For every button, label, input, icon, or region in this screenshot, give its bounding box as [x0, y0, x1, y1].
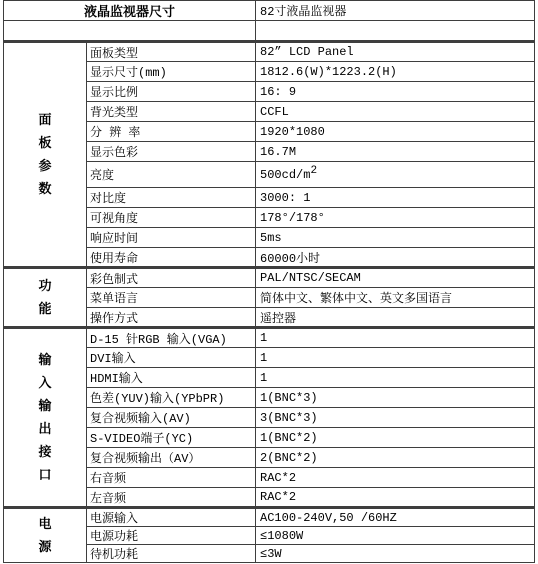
param-name: 右音频 — [87, 468, 256, 488]
table-title: 液晶监视器尺寸 — [4, 1, 256, 21]
param-name: 背光类型 — [87, 102, 256, 122]
brightness-value: 500cd/m — [260, 168, 310, 182]
param-value: ≤1080W — [256, 527, 535, 545]
param-value: AC100-240V,50 /60HZ — [256, 508, 535, 527]
param-value: 3(BNC*3) — [256, 408, 535, 428]
spec-table: 液晶监视器尺寸 82寸液晶监视器 面板参数 面板类型 82” LCD Panel… — [3, 0, 535, 563]
param-name: 使用寿命 — [87, 248, 256, 268]
brightness-value-exponent: 2 — [310, 165, 317, 177]
param-name: 色差(YUV)输入(YPbPR) — [87, 388, 256, 408]
param-name: 面板类型 — [87, 42, 256, 62]
section-label-features-text: 功能 — [38, 275, 53, 321]
param-name: D-15 针RGB 输入(VGA) — [87, 328, 256, 348]
section-label-io: 输入输出接口 — [4, 328, 87, 508]
param-name: 显示比例 — [87, 82, 256, 102]
param-value: 178°/178° — [256, 208, 535, 228]
empty-cell-right — [256, 21, 535, 42]
header-row: 液晶监视器尺寸 82寸液晶监视器 — [4, 1, 535, 21]
param-value: 简体中文、繁体中文、英文多国语言 — [256, 288, 535, 308]
param-name: HDMI输入 — [87, 368, 256, 388]
param-value: 1 — [256, 328, 535, 348]
param-value: 1(BNC*3) — [256, 388, 535, 408]
spec-row: 功能 彩色制式 PAL/NTSC/SECAM — [4, 268, 535, 288]
param-name: 显示色彩 — [87, 142, 256, 162]
param-value: CCFL — [256, 102, 535, 122]
param-value: RAC*2 — [256, 488, 535, 508]
param-name: 亮度 — [87, 162, 256, 188]
param-value: 16: 9 — [256, 82, 535, 102]
empty-cell-left — [4, 21, 256, 42]
section-label-features: 功能 — [4, 268, 87, 328]
param-name: 电源功耗 — [87, 527, 256, 545]
section-label-panel-text: 面板参数 — [38, 109, 53, 201]
param-name: 复合视频输出（AV） — [87, 448, 256, 468]
param-value: 500cd/m2 — [256, 162, 535, 188]
param-value: 1920*1080 — [256, 122, 535, 142]
param-value: RAC*2 — [256, 468, 535, 488]
param-name: 操作方式 — [87, 308, 256, 328]
spec-row: 面板参数 面板类型 82” LCD Panel — [4, 42, 535, 62]
param-name: 彩色制式 — [87, 268, 256, 288]
section-label-io-text: 输入输出接口 — [38, 349, 53, 487]
param-name: 响应时间 — [87, 228, 256, 248]
param-value: 82” LCD Panel — [256, 42, 535, 62]
spacer-row — [4, 21, 535, 42]
param-value: 1(BNC*2) — [256, 428, 535, 448]
param-value: ≤3W — [256, 545, 535, 563]
section-label-power: 电源 — [4, 508, 87, 563]
param-value: PAL/NTSC/SECAM — [256, 268, 535, 288]
param-name: S-VIDEO端子(YC) — [87, 428, 256, 448]
param-name: 待机功耗 — [87, 545, 256, 563]
param-name: 左音频 — [87, 488, 256, 508]
param-name: 菜单语言 — [87, 288, 256, 308]
param-value: 3000: 1 — [256, 188, 535, 208]
param-name: 电源输入 — [87, 508, 256, 527]
param-value: 1 — [256, 368, 535, 388]
param-value: 2(BNC*2) — [256, 448, 535, 468]
param-name: 分 辨 率 — [87, 122, 256, 142]
param-value: 5ms — [256, 228, 535, 248]
param-value: 16.7M — [256, 142, 535, 162]
param-name: 显示尺寸(mm) — [87, 62, 256, 82]
spec-row: 输入输出接口 D-15 针RGB 输入(VGA) 1 — [4, 328, 535, 348]
param-value: 遥控器 — [256, 308, 535, 328]
section-label-panel: 面板参数 — [4, 42, 87, 268]
param-value: 1812.6(W)*1223.2(H) — [256, 62, 535, 82]
param-name: 对比度 — [87, 188, 256, 208]
spec-row: 电源 电源输入 AC100-240V,50 /60HZ — [4, 508, 535, 527]
param-value: 1 — [256, 348, 535, 368]
param-name: 可视角度 — [87, 208, 256, 228]
param-name: 复合视频输入(AV) — [87, 408, 256, 428]
section-label-power-text: 电源 — [38, 513, 53, 559]
param-value: 60000小时 — [256, 248, 535, 268]
param-name: DVI输入 — [87, 348, 256, 368]
monitor-model: 82寸液晶监视器 — [256, 1, 535, 21]
